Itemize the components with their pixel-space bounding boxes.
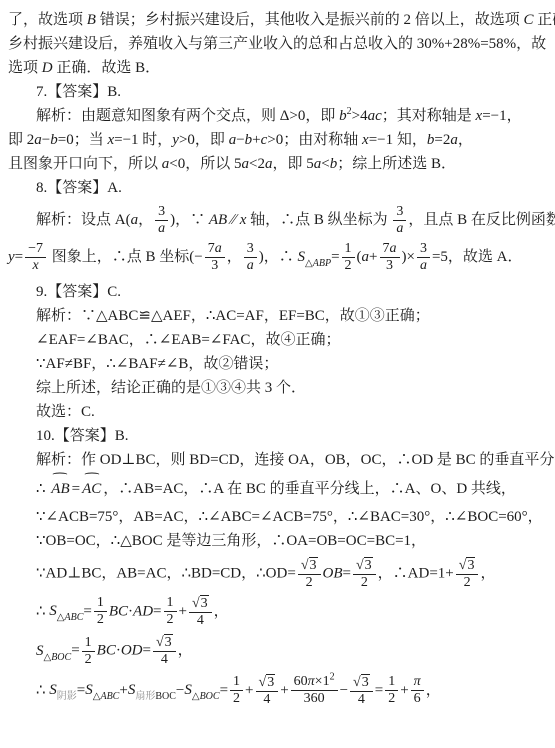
- math-variable: y: [172, 132, 179, 148]
- numerator: 3: [244, 241, 257, 257]
- text-line: 综上所述，结论正确的是①③④共 3 个．: [6, 376, 553, 400]
- text-line: ∵AD⊥BC，AB=AC，∴BD=CD，∴OD=√32OB=√32，∴AD=1+…: [6, 557, 553, 591]
- math-variable: AB: [209, 212, 227, 228]
- math-variable: a: [265, 156, 273, 172]
- math-variable: a: [215, 241, 222, 256]
- radical-sign: √: [156, 635, 164, 651]
- text-line: ∵OB=OC，∴△BOC 是等边三角形，∴OA=OB=OC=BC=1，: [6, 529, 553, 553]
- math-variable: a: [314, 156, 322, 172]
- text-line: ∵AF≠BF，∴∠BAF≠∠B，故②错误；: [6, 352, 553, 376]
- math-variable: AD: [133, 603, 153, 619]
- numerator: √3: [189, 595, 212, 612]
- math-variable: x: [107, 132, 114, 148]
- text-line: 乡村振兴建设后，养殖收入与第三产业收入的总和占总收入的 30%+28%=58%，…: [6, 32, 553, 56]
- denominator: 2: [94, 611, 107, 628]
- math-variable: y: [8, 249, 15, 265]
- fraction: 60π×12360: [291, 674, 338, 707]
- math-variable: a: [241, 156, 249, 172]
- math-variable: b: [339, 108, 347, 124]
- fraction: 3a: [155, 204, 168, 237]
- radical-sign: √: [259, 675, 267, 691]
- numerator: 3: [417, 241, 430, 257]
- denominator: 2: [230, 690, 243, 707]
- subscript: △ABC: [57, 612, 84, 623]
- denominator: 2: [298, 574, 321, 591]
- numerator: 1: [385, 674, 398, 690]
- math-variable: x: [240, 212, 247, 228]
- radical-sign: √: [301, 558, 309, 574]
- fraction: 7a3: [205, 241, 225, 274]
- math-variable: b: [330, 156, 338, 172]
- math-variable: OD: [121, 643, 143, 659]
- denominator: 3: [380, 257, 400, 274]
- numerator: 1: [82, 635, 95, 651]
- numerator: π: [411, 674, 424, 690]
- text-line: 8.【答案】A.: [6, 176, 553, 200]
- superscript: 2: [347, 106, 352, 117]
- numerator: 7a: [380, 241, 400, 257]
- faint-subscript-text: 阴影: [57, 691, 77, 702]
- radicand: 3: [364, 557, 373, 573]
- numerator: 3: [393, 204, 406, 220]
- fraction: 7a3: [380, 241, 400, 274]
- subscript: △ABP: [305, 258, 331, 269]
- math-variable: ABC: [100, 691, 119, 702]
- text-line: 故选：C.: [6, 400, 553, 424]
- math-variable: S: [85, 682, 93, 698]
- math-variable: a: [362, 249, 370, 265]
- text-line: ∴ S△ABC=12BC·AD=12+√34，: [6, 595, 553, 630]
- math-variable: D: [42, 60, 53, 76]
- base-with-subscript: S阴影: [49, 682, 77, 698]
- fraction: √34: [350, 674, 373, 708]
- math-variable: S: [36, 643, 44, 659]
- fraction: 12: [82, 635, 95, 668]
- fraction: √34: [189, 595, 212, 629]
- text-line: ∴ S阴影=S△ABC+S扇形BOC−S△BOC=12+√34+60π×1236…: [6, 674, 553, 709]
- radicand: 3: [466, 557, 475, 573]
- text-line: 且图象开口向下，所以 a<0，所以 5a<2a，即 5a<b；综上所述选 B．: [6, 152, 553, 176]
- math-variable: a: [450, 132, 458, 148]
- base-with-subscript: S扇形BOC: [128, 682, 176, 698]
- text-line: 解析：∵△ABC≌△AEF，∴AC=AF，EF=BC，故①③正确；: [6, 304, 553, 328]
- square-root: √3: [459, 558, 476, 573]
- fraction: 12: [94, 595, 107, 628]
- math-variable: a: [390, 241, 397, 256]
- denominator: 2: [353, 574, 376, 591]
- radical-sign: √: [353, 675, 361, 691]
- numerator: √3: [350, 674, 373, 691]
- square-root: √3: [301, 558, 318, 573]
- math-variable: x: [32, 258, 38, 273]
- numerator: √3: [256, 674, 279, 691]
- fraction: 12: [342, 241, 355, 274]
- fraction: 3a: [244, 241, 257, 274]
- math-variable: b: [245, 132, 253, 148]
- text-line: 10.【答案】B.: [6, 424, 553, 448]
- denominator: a: [393, 220, 406, 237]
- numerator: 3: [155, 204, 168, 220]
- denominator: 6: [411, 690, 424, 707]
- math-variable: ABP: [313, 258, 331, 269]
- text-line: 即 2a−b=0；当 x=−1 时，y>0，即 a−b+c>0；由对称轴 x=−…: [6, 128, 553, 152]
- subscript: 阴影: [57, 691, 77, 702]
- fraction: 3a: [393, 204, 406, 237]
- square-root: √3: [356, 558, 373, 573]
- numerator: √3: [298, 557, 321, 574]
- math-variable: ac: [368, 108, 382, 124]
- math-variable: a: [229, 132, 237, 148]
- radicand: 3: [164, 634, 173, 650]
- text-line: y=−7x 图象上，∴点 B 坐标(−7a3，3a)，∴ S△ABP=12(a+…: [6, 241, 553, 276]
- text-line: ∴ AB=AC，∴AB=AC，∴A 在 BC 的垂直平分线上，∴A、O、D 共线…: [6, 476, 553, 501]
- math-variable: C: [523, 12, 533, 28]
- math-variable: a: [162, 156, 170, 172]
- fraction: −7x: [25, 241, 46, 274]
- denominator: a: [417, 257, 430, 274]
- math-variable: a: [396, 221, 403, 236]
- math-variable: a: [34, 132, 42, 148]
- numerator: 1: [230, 674, 243, 690]
- math-variable: S: [298, 249, 306, 265]
- numerator: √3: [456, 557, 479, 574]
- radical-sign: √: [356, 558, 364, 574]
- numerator: 1: [94, 595, 107, 611]
- numerator: −7: [25, 241, 46, 257]
- text-line: 7.【答案】B.: [6, 80, 553, 104]
- base-with-subscript: S△BOC: [36, 643, 71, 659]
- square-root: √3: [259, 675, 276, 690]
- denominator: 360: [291, 690, 338, 707]
- math-variable: BOC: [200, 691, 220, 702]
- math-variable: x: [362, 132, 369, 148]
- denominator: 4: [256, 691, 279, 708]
- document-page: 了，故选项 B 错误；乡村振兴建设后，其他收入是振兴前的 2 倍以上，故选项 C…: [6, 8, 553, 748]
- math-variable: a: [247, 258, 254, 273]
- denominator: 4: [153, 651, 176, 668]
- math-variable: b: [427, 132, 435, 148]
- denominator: 2: [456, 574, 479, 591]
- subscript: △ABC: [93, 691, 120, 702]
- subscript: 扇形BOC: [135, 691, 176, 702]
- math-variable: b: [50, 132, 58, 148]
- denominator: 2: [82, 651, 95, 668]
- numerator: 60π×12: [291, 674, 338, 690]
- denominator: 2: [164, 611, 177, 628]
- math-variable: x: [476, 108, 483, 124]
- numerator: 1: [342, 241, 355, 257]
- base-with-subscript: S△ABC: [85, 682, 119, 698]
- fraction: 3a: [417, 241, 430, 274]
- math-variable: S: [49, 603, 57, 619]
- text-line: 解析：设点 A(a，3a)，∵ AB ∕∕ x 轴，∴点 B 纵坐标为 3a，且…: [6, 204, 553, 237]
- radicand: 3: [200, 595, 209, 611]
- math-variable: a: [131, 212, 139, 228]
- denominator: 2: [342, 257, 355, 274]
- fraction: π6: [411, 674, 424, 707]
- denominator: 4: [350, 691, 373, 708]
- radical-sign: √: [459, 558, 467, 574]
- radicand: 3: [361, 674, 370, 690]
- math-variable: B: [87, 12, 96, 28]
- math-variable: OB: [323, 565, 343, 581]
- subscript: △BOC: [44, 652, 72, 663]
- math-variable: BOC: [51, 652, 71, 663]
- fraction: √34: [256, 674, 279, 708]
- numerator: 7a: [205, 241, 225, 257]
- text-line: ∠EAF=∠BAC，∴∠EAB=∠FAC，故④正确；: [6, 328, 553, 352]
- text-line: S△BOC=12BC·OD=√34，: [6, 634, 553, 669]
- radical-sign: √: [192, 596, 200, 612]
- math-variable: c: [261, 132, 268, 148]
- fraction: √34: [153, 634, 176, 668]
- text-line: 解析：由题意知图象有两个交点，则 Δ>0，即 b2>4ac；其对称轴是 x=−1…: [6, 104, 553, 128]
- math-variable: π: [414, 674, 421, 689]
- numerator: 1: [164, 595, 177, 611]
- numerator: √3: [353, 557, 376, 574]
- fraction: 12: [164, 595, 177, 628]
- math-variable: π: [308, 674, 315, 689]
- document-content: 了，故选项 B 错误；乡村振兴建设后，其他收入是振兴前的 2 倍以上，故选项 C…: [6, 8, 553, 709]
- base-with-subscript: S△BOC: [184, 682, 219, 698]
- square-root: √3: [156, 635, 173, 650]
- fraction: √32: [353, 557, 376, 591]
- math-variable: S: [184, 682, 192, 698]
- radicand: 3: [266, 674, 275, 690]
- text-line: 了，故选项 B 错误；乡村振兴建设后，其他收入是振兴前的 2 倍以上，故选项 C…: [6, 8, 553, 32]
- fraction: √32: [456, 557, 479, 591]
- base-with-subscript: S△ABC: [49, 603, 83, 619]
- arc-over-text: AB: [49, 476, 71, 501]
- superscript: 2: [330, 672, 335, 683]
- text-line: 9.【答案】C.: [6, 280, 553, 304]
- fraction: √32: [298, 557, 321, 591]
- math-variable: a: [158, 221, 165, 236]
- denominator: a: [244, 257, 257, 274]
- math-variable: ABC: [65, 612, 84, 623]
- faint-subscript-text: 扇形: [135, 691, 155, 702]
- text-line: 选项 D 正确．故选 B．: [6, 56, 553, 80]
- denominator: 2: [385, 690, 398, 707]
- arc-over-text: AC: [80, 476, 103, 501]
- denominator: x: [25, 257, 46, 274]
- math-variable: BC: [109, 603, 128, 619]
- base-with-subscript: S△ABP: [298, 249, 332, 265]
- math-variable: S: [49, 682, 57, 698]
- fraction: 12: [230, 674, 243, 707]
- text-line: ∵∠ACB=75°，AB=AC，∴∠ABC=∠ACB=75°，∴∠BAC=30°…: [6, 505, 553, 529]
- subscript: △BOC: [192, 691, 220, 702]
- math-variable: BC: [97, 643, 116, 659]
- denominator: 4: [189, 612, 212, 629]
- math-variable: a: [420, 258, 427, 273]
- square-root: √3: [192, 596, 209, 611]
- radicand: 3: [309, 557, 318, 573]
- denominator: a: [155, 220, 168, 237]
- fraction: 12: [385, 674, 398, 707]
- denominator: 3: [205, 257, 225, 274]
- square-root: √3: [353, 675, 370, 690]
- numerator: √3: [153, 634, 176, 651]
